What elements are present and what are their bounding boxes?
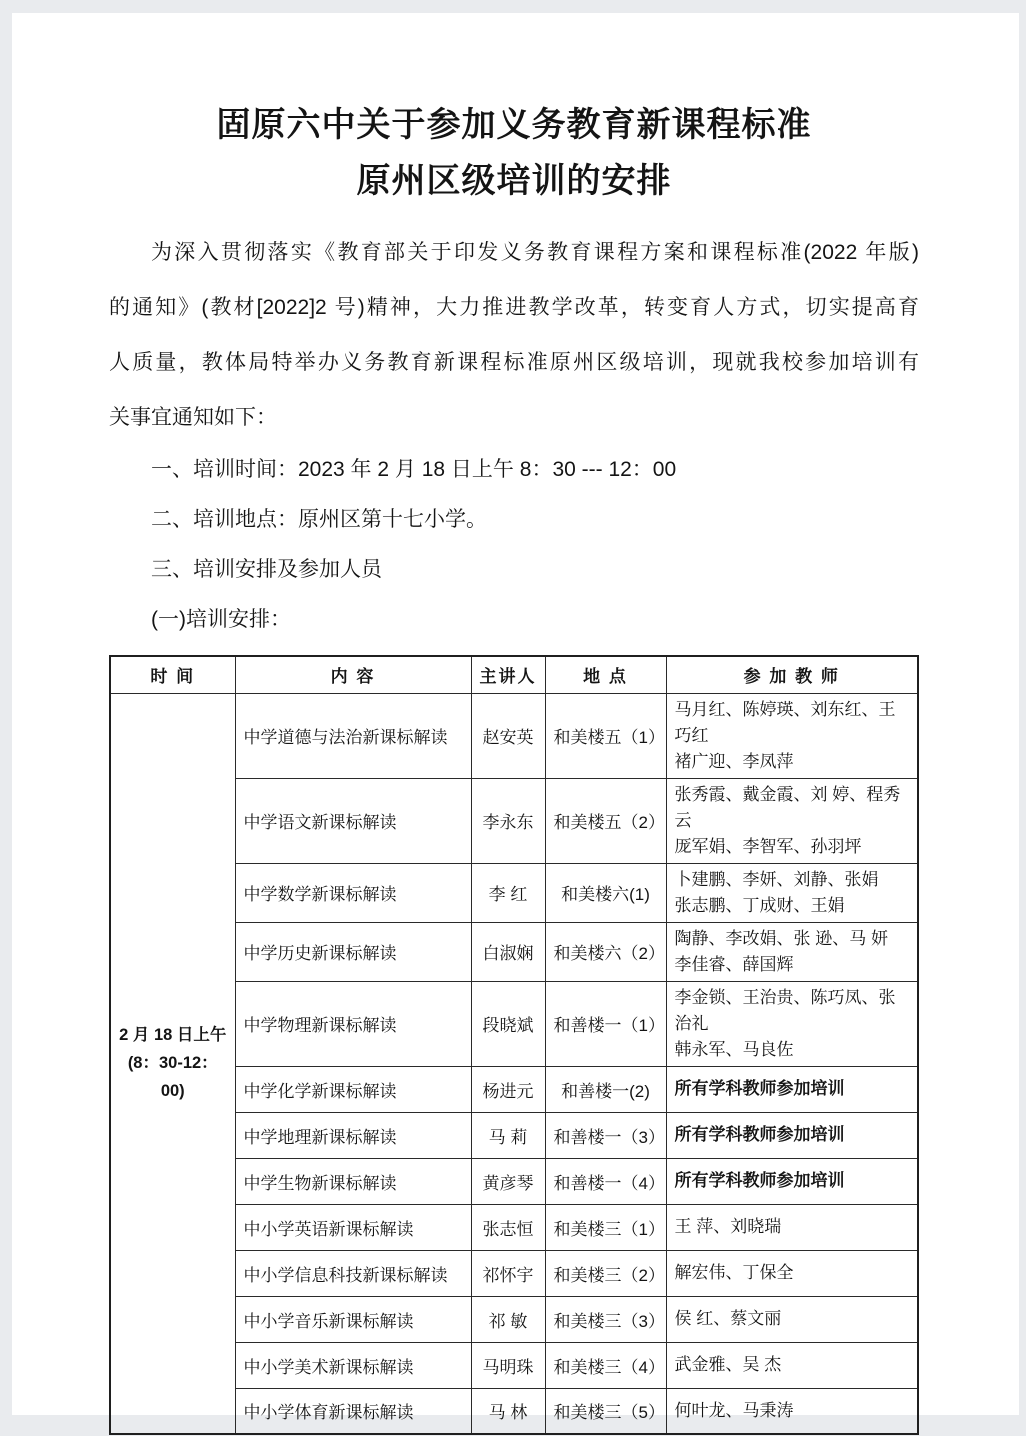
location-cell: 和美楼三（5）	[545, 1388, 666, 1434]
notice-item-training-plan: (一)培训安排：	[109, 595, 919, 645]
content-cell: 中学历史新课标解读	[235, 922, 471, 981]
teachers-cell: 所有学科教师参加培训	[666, 1112, 918, 1158]
doc-title-line1: 固原六中关于参加义务教育新课程标准	[109, 97, 919, 153]
teachers-cell: 所有学科教师参加培训	[666, 1066, 918, 1112]
teachers-cell: 卜建鹏、李妍、刘静、张娟 张志鹏、丁成财、王娟	[666, 863, 918, 922]
speaker-cell: 祁 敏	[471, 1296, 545, 1342]
location-cell: 和善楼一（4）	[545, 1158, 666, 1204]
table-header-row: 时 间 内 容 主讲人 地 点 参 加 教 师	[110, 656, 918, 693]
column-header-teachers: 参 加 教 师	[666, 656, 918, 693]
speaker-cell: 赵安英	[471, 693, 545, 778]
content-cell: 中学道德与法治新课标解读	[235, 693, 471, 778]
speaker-cell: 马明珠	[471, 1342, 545, 1388]
table-row: 2 月 18 日上午 (8：30-12：00)中学道德与法治新课标解读赵安英和美…	[110, 693, 918, 778]
speaker-cell: 白淑娴	[471, 922, 545, 981]
speaker-cell: 马 林	[471, 1388, 545, 1434]
teachers-cell: 何叶龙、马秉涛	[666, 1388, 918, 1434]
speaker-cell: 段晓斌	[471, 981, 545, 1066]
location-cell: 和善楼一(2)	[545, 1066, 666, 1112]
intro-paragraph-line: 关事宜通知如下：	[109, 390, 919, 445]
content-cell: 中小学体育新课标解读	[235, 1388, 471, 1434]
location-cell: 和美楼六(1)	[545, 863, 666, 922]
column-header-speaker: 主讲人	[471, 656, 545, 693]
content-cell: 中学物理新课标解读	[235, 981, 471, 1066]
location-cell: 和美楼五（2）	[545, 778, 666, 863]
location-cell: 和善楼一（3）	[545, 1112, 666, 1158]
content-cell: 中学数学新课标解读	[235, 863, 471, 922]
intro-paragraph-line: 为深入贯彻落实《教育部关于印发义务教育课程方案和课程标准(2022 年版)	[109, 225, 919, 280]
content-cell: 中学语文新课标解读	[235, 778, 471, 863]
teachers-cell: 侯 红、蔡文丽	[666, 1296, 918, 1342]
column-header-time: 时 间	[110, 656, 235, 693]
location-cell: 和美楼三（2）	[545, 1250, 666, 1296]
teachers-cell: 张秀霞、戴金霞、刘 婷、程秀云 厐军娟、李智军、孙羽坪	[666, 778, 918, 863]
content-cell: 中小学音乐新课标解读	[235, 1296, 471, 1342]
content-cell: 中小学英语新课标解读	[235, 1204, 471, 1250]
speaker-cell: 张志恒	[471, 1204, 545, 1250]
teachers-cell: 解宏伟、丁保全	[666, 1250, 918, 1296]
column-header-content: 内 容	[235, 656, 471, 693]
document-page: 固原六中关于参加义务教育新课程标准 原州区级培训的安排 为深入贯彻落实《教育部关…	[12, 13, 1019, 1415]
intro-paragraph-line: 的通知》(教材[2022]2 号)精神，大力推进教学改革，转变育人方式，切实提高…	[109, 280, 919, 335]
scanned-document-canvas: 固原六中关于参加义务教育新课程标准 原州区级培训的安排 为深入贯彻落实《教育部关…	[0, 0, 1026, 1436]
content-cell: 中学生物新课标解读	[235, 1158, 471, 1204]
location-cell: 和美楼六（2）	[545, 922, 666, 981]
teachers-cell: 所有学科教师参加培训	[666, 1158, 918, 1204]
speaker-cell: 杨进元	[471, 1066, 545, 1112]
location-cell: 和美楼三（1）	[545, 1204, 666, 1250]
teachers-cell: 马月红、陈婷瑛、刘东红、王巧红 褚广迎、李凤萍	[666, 693, 918, 778]
teachers-cell: 陶静、李改娟、张 逊、马 妍 李佳睿、薛国辉	[666, 922, 918, 981]
notice-item-training-time: 一、培训时间：2023 年 2 月 18 日上午 8：30 --- 12：00	[109, 445, 919, 495]
location-cell: 和美楼三（3）	[545, 1296, 666, 1342]
content-cell: 中学化学新课标解读	[235, 1066, 471, 1112]
doc-title-line2: 原州区级培训的安排	[109, 153, 919, 209]
content-cell: 中小学信息科技新课标解读	[235, 1250, 471, 1296]
speaker-cell: 李永东	[471, 778, 545, 863]
intro-paragraph-line: 人质量，教体局特举办义务教育新课程标准原州区级培训，现就我校参加培训有	[109, 335, 919, 390]
location-cell: 和美楼三（4）	[545, 1342, 666, 1388]
location-cell: 和善楼一（1）	[545, 981, 666, 1066]
speaker-cell: 黄彦琴	[471, 1158, 545, 1204]
column-header-location: 地 点	[545, 656, 666, 693]
teachers-cell: 武金雅、吴 杰	[666, 1342, 918, 1388]
training-schedule-table: 时 间 内 容 主讲人 地 点 参 加 教 师 2 月 18 日上午 (8：30…	[109, 655, 919, 1435]
notice-item-training-location: 二、培训地点：原州区第十七小学。	[109, 495, 919, 545]
intro-paragraph: 为深入贯彻落实《教育部关于印发义务教育课程方案和课程标准(2022 年版) 的通…	[109, 225, 919, 445]
content-cell: 中小学美术新课标解读	[235, 1342, 471, 1388]
teachers-cell: 李金锁、王治贵、陈巧凤、张治礼 韩永军、马良佐	[666, 981, 918, 1066]
content-cell: 中学地理新课标解读	[235, 1112, 471, 1158]
teachers-cell: 王 萍、刘晓瑞	[666, 1204, 918, 1250]
speaker-cell: 祁怀宇	[471, 1250, 545, 1296]
notice-item-training-people: 三、培训安排及参加人员	[109, 545, 919, 595]
time-cell: 2 月 18 日上午 (8：30-12：00)	[110, 693, 235, 1434]
location-cell: 和美楼五（1）	[545, 693, 666, 778]
speaker-cell: 李 红	[471, 863, 545, 922]
speaker-cell: 马 莉	[471, 1112, 545, 1158]
